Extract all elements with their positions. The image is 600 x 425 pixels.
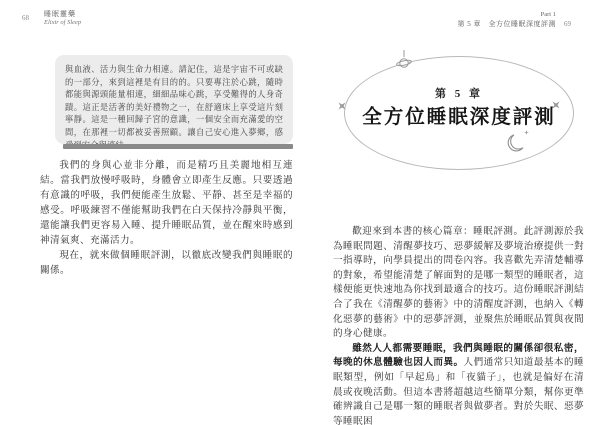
quote-box-shadow (63, 144, 293, 149)
paragraph: 雖然人人都需要睡眠，我們與睡眠的關係卻很私密，每晚的休息體驗也因人而異。人們通常… (333, 342, 584, 425)
paragraph: 現在，就來做個睡眠評測，以徹底改變我們與睡眠的關係。 (40, 248, 293, 278)
right-page-number: 69 (564, 20, 571, 28)
paragraph: 我們的身與心並非分離，而是精巧且美麗地相互連結。當我們放慢呼吸時，身體會立即產生… (40, 158, 293, 248)
part-label: Part 1 (356, 11, 556, 20)
book-title-english: Elixir of Sleep (44, 19, 81, 27)
left-running-head: 睡眠靈藥 Elixir of Sleep (44, 11, 81, 27)
chapter-title: 全方位睡眠深度評測 (344, 101, 574, 129)
right-running-head: Part 1 第 5 章 全方位睡眠深度評測 (356, 11, 556, 28)
tiny-star-icon (524, 130, 529, 135)
book-title: 睡眠靈藥 (44, 11, 81, 19)
quote-box-text: 與血液、活力與生命力相連。請記住，這是宇宙不可或缺的一部分，來到這裡是有目的的。… (65, 63, 283, 151)
left-page: 68 睡眠靈藥 Elixir of Sleep 與血液、活力與生命力相連。請記住… (0, 0, 300, 425)
crescent-moon-icon (505, 132, 527, 154)
paragraph: 歡迎來到本書的核心篇章：睡眠評測。此評測源於我為睡眠問題、清醒夢技巧、惡夢緩解及… (333, 225, 584, 342)
chapter-running-title: 第 5 章 全方位睡眠深度評測 (356, 20, 556, 29)
left-body-text: 我們的身與心並非分離，而是精巧且美麗地相互連結。當我們放慢呼吸時，身體會立即產生… (40, 158, 293, 278)
left-page-number: 68 (22, 14, 29, 22)
chapter-number: 第 5 章 (344, 85, 574, 101)
hanging-planet-icon (396, 50, 412, 72)
quote-box: 與血液、活力與生命力相連。請記住，這是宇宙不可或缺的一部分，來到這裡是有目的的。… (55, 55, 293, 144)
right-body-text: 歡迎來到本書的核心篇章：睡眠評測。此評測源於我為睡眠問題、清醒夢技巧、惡夢緩解及… (333, 225, 584, 425)
